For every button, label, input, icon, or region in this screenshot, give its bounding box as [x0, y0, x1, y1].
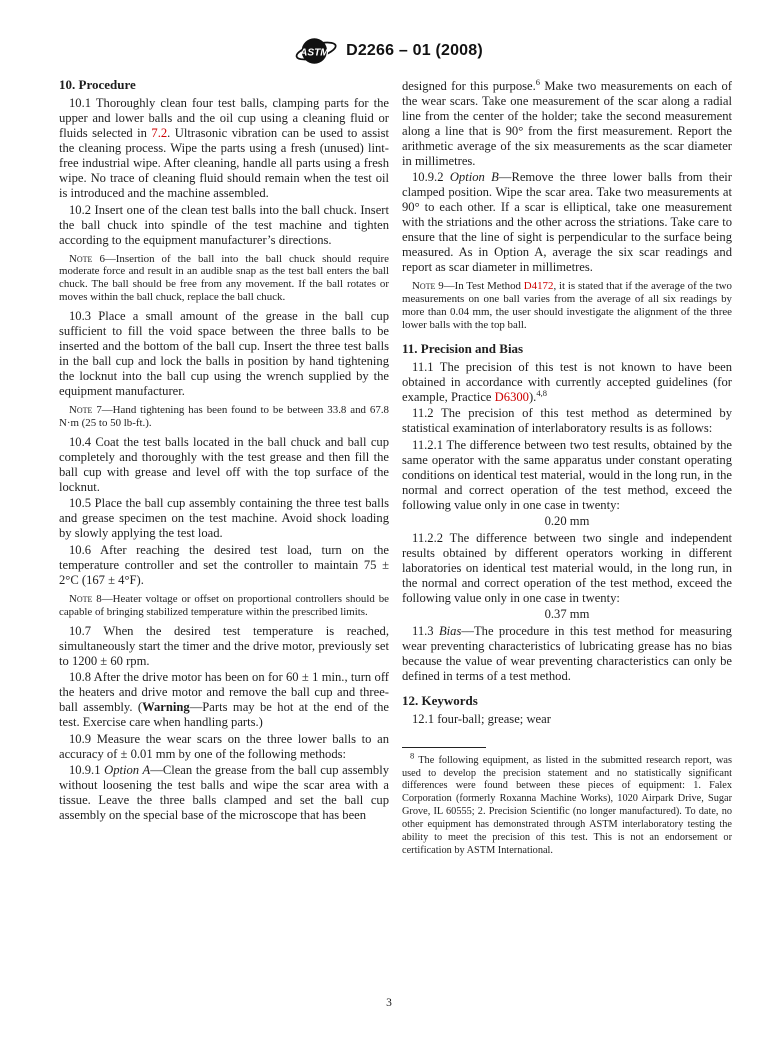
note-6: Note 6—Insertion of the ball into the ba…	[59, 253, 389, 305]
ref-link-d4172[interactable]: D4172	[524, 280, 554, 292]
note-text: —In Test Method	[444, 280, 524, 292]
para-10-9: 10.9 Measure the wear scars on the three…	[59, 732, 389, 762]
note-8: Note 8—Heater voltage or offset on propo…	[59, 593, 389, 619]
option-a-label: Option A	[104, 763, 150, 777]
footnote-text: The following equipment, as listed in th…	[402, 755, 732, 856]
footnote-8: 8 The following equipment, as listed in …	[402, 755, 732, 858]
para-text: —Remove the three lower balls from their…	[402, 170, 732, 274]
svg-text:ASTM: ASTM	[299, 47, 329, 58]
left-column: 10. Procedure 10.1 Thoroughly clean four…	[59, 77, 389, 858]
note-text: —Insertion of the ball into the ball chu…	[59, 253, 389, 304]
document-header: ASTM D2266 – 01 (2008)	[0, 0, 778, 68]
section-10-heading: 10. Procedure	[59, 77, 389, 92]
para-11-2-1: 11.2.1 The difference between two test r…	[402, 438, 732, 513]
note-label: Note 7	[69, 404, 102, 416]
para-10-4: 10.4 Coat the test balls located in the …	[59, 435, 389, 495]
para-10-7: 10.7 When the desired test temperature i…	[59, 624, 389, 669]
right-column: designed for this purpose.6 Make two mea…	[402, 77, 732, 858]
repeatability-value: 0.20 mm	[402, 514, 732, 529]
note-label: Note 9	[412, 280, 444, 292]
para-10-8: 10.8 After the drive motor has been on f…	[59, 670, 389, 730]
para-text: 10.9.1	[69, 763, 104, 777]
section-12-heading: 12. Keywords	[402, 693, 732, 708]
para-10-2: 10.2 Insert one of the clean test balls …	[59, 203, 389, 248]
standard-designation: D2266 – 01 (2008)	[346, 42, 483, 60]
para-text: designed for this purpose.	[402, 79, 536, 93]
para-10-9-1-continued: designed for this purpose.6 Make two mea…	[402, 79, 732, 169]
section-11-heading: 11. Precision and Bias	[402, 341, 732, 356]
para-10-3: 10.3 Place a small amount of the grease …	[59, 309, 389, 399]
para-text: 10.9.2	[412, 170, 450, 184]
para-text: 11.3	[412, 624, 439, 638]
footnote-ref-4-8: 4,8	[536, 387, 547, 397]
note-text: —Hand tightening has been found to be be…	[59, 404, 389, 429]
warning-label: Warning	[142, 700, 190, 714]
page-number: 3	[386, 997, 392, 1009]
two-column-body: 10. Procedure 10.1 Thoroughly clean four…	[0, 68, 778, 858]
note-text: —Heater voltage or offset on proportiona…	[59, 593, 389, 618]
footnote-divider	[402, 747, 486, 748]
page-footer: 3	[0, 997, 778, 1009]
note-7: Note 7—Hand tightening has been found to…	[59, 404, 389, 430]
document-page: ASTM D2266 – 01 (2008) 10. Procedure 10.…	[0, 0, 778, 1041]
reproducibility-value: 0.37 mm	[402, 607, 732, 622]
note-label: Note 6	[69, 253, 105, 265]
para-10-9-1: 10.9.1 Option A—Clean the grease from th…	[59, 763, 389, 823]
ref-link-d6300[interactable]: D6300	[495, 390, 529, 404]
note-9: Note 9—In Test Method D4172, it is state…	[402, 280, 732, 332]
bias-label: Bias	[439, 624, 461, 638]
note-label: Note 8	[69, 593, 102, 605]
para-12-1: 12.1 four-ball; grease; wear	[402, 712, 732, 727]
para-11-3: 11.3 Bias—The procedure in this test met…	[402, 624, 732, 684]
para-10-9-2: 10.9.2 Option B—Remove the three lower b…	[402, 170, 732, 275]
para-11-1: 11.1 The precision of this test is not k…	[402, 360, 732, 405]
option-b-label: Option B	[450, 170, 499, 184]
ref-link-7-2[interactable]: 7.2	[151, 126, 167, 140]
para-10-6: 10.6 After reaching the desired test loa…	[59, 543, 389, 588]
para-11-2-2: 11.2.2 The difference between two single…	[402, 531, 732, 606]
para-10-1: 10.1 Thoroughly clean four test balls, c…	[59, 96, 389, 201]
astm-logo-icon: ASTM	[295, 35, 339, 67]
para-text: 11.1 The precision of this test is not k…	[402, 360, 732, 404]
para-10-5: 10.5 Place the ball cup assembly contain…	[59, 496, 389, 541]
para-11-2: 11.2 The precision of this test method a…	[402, 406, 732, 436]
